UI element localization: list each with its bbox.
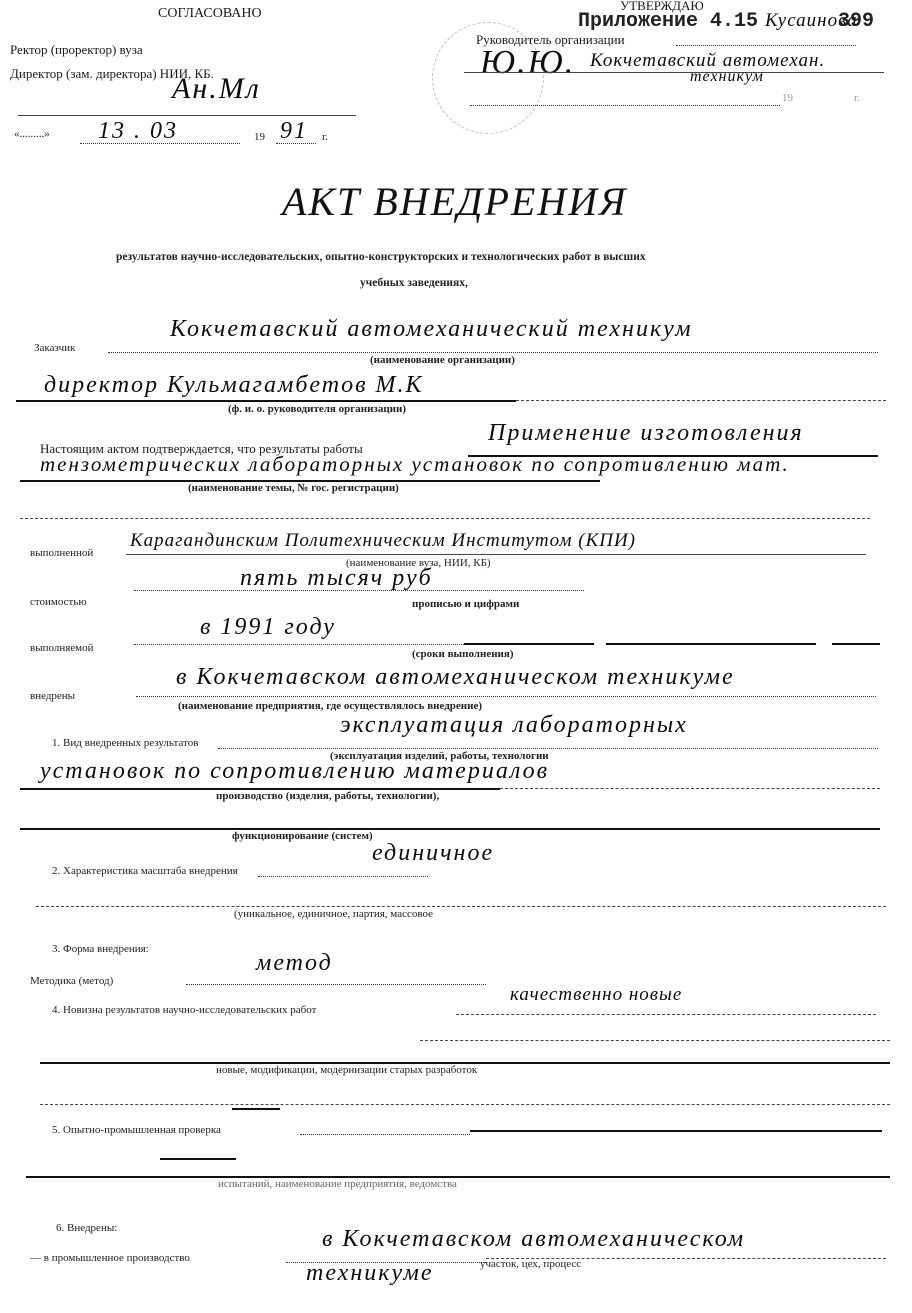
date-day-quote: «.........» bbox=[14, 128, 50, 140]
s5-line2 bbox=[26, 1176, 890, 1178]
right-year-prefix: 19 bbox=[782, 92, 793, 104]
s1-caption2: производство (изделия, работы, технологи… bbox=[216, 790, 439, 802]
cost-label: стоимостью bbox=[30, 596, 87, 608]
implemented-caption: (наименование предприятия, где осуществл… bbox=[178, 700, 482, 712]
s6-caption: участок, цех, процесс bbox=[480, 1258, 581, 1270]
term-line-solid3 bbox=[832, 643, 880, 645]
s2-caption: (уникальное, единичное, партия, массовое bbox=[234, 908, 433, 920]
customer-caption: (наименование организации) bbox=[370, 354, 515, 366]
term-line-solid2 bbox=[606, 643, 816, 645]
s4-label: 4. Новизна результатов научно-исследоват… bbox=[52, 1004, 316, 1016]
confirm-value-line1: Применение изготовления bbox=[488, 420, 804, 447]
customer-line bbox=[108, 352, 878, 353]
s4-line2 bbox=[420, 1040, 890, 1041]
approval-date: 13 . 03 bbox=[98, 118, 178, 145]
term-label: выполняемой bbox=[30, 642, 94, 654]
cost-caption: прописью и цифрами bbox=[412, 598, 519, 610]
s1-caption3: функционирование (систем) bbox=[232, 830, 373, 842]
signature-line bbox=[18, 115, 356, 116]
s6-value-line2: техникуме bbox=[306, 1260, 433, 1287]
s1-line2b bbox=[500, 788, 880, 789]
customer-label: Заказчик bbox=[34, 342, 75, 354]
org-handwritten-line2: техникум bbox=[690, 68, 764, 86]
s6-label: 6. Внедрены: bbox=[56, 1222, 117, 1234]
performed-line bbox=[126, 554, 866, 555]
appendix-stamp: Приложение 4.15 bbox=[578, 10, 758, 33]
s3-label: 3. Форма внедрения: bbox=[52, 943, 149, 955]
rector-label: Ректор (проректор) вуза bbox=[10, 42, 143, 58]
s4-caption: новые, модификации, модернизации старых … bbox=[216, 1064, 477, 1076]
s3-method-value: метод bbox=[256, 950, 333, 977]
s5-line-dotted bbox=[300, 1134, 470, 1135]
head-line-solid bbox=[16, 400, 516, 402]
s5-line-solid bbox=[470, 1130, 882, 1132]
s1-line3 bbox=[20, 828, 880, 830]
year-suffix: г. bbox=[322, 131, 328, 143]
org-line bbox=[464, 72, 884, 73]
implemented-value: в Кокчетавском автомеханическом техникум… bbox=[176, 664, 735, 691]
s1-value-line1: эксплуатация лабораторных bbox=[340, 712, 688, 739]
s2-line2 bbox=[36, 906, 886, 907]
s1-label: 1. Вид внедренных результатов bbox=[52, 737, 198, 749]
s4-value: качественно новые bbox=[510, 984, 682, 1006]
s3-method-line bbox=[186, 984, 486, 985]
s5-caption: испытаний, наименование предприятия, вед… bbox=[218, 1178, 457, 1190]
confirm-caption: (наименование темы, № гос. регистрации) bbox=[188, 482, 399, 494]
s5-label: 5. Опытно-промышленная проверка bbox=[52, 1124, 221, 1136]
head-value: директор Кульмагамбетов М.К bbox=[44, 372, 423, 399]
s6-value-line1: в Кокчетавском автомеханическом bbox=[322, 1226, 745, 1253]
head-line-dashed bbox=[516, 400, 886, 401]
s5-mark bbox=[232, 1108, 280, 1110]
s2-line bbox=[258, 876, 428, 877]
s4-line4 bbox=[40, 1104, 890, 1105]
confirm-line3 bbox=[20, 518, 870, 519]
term-caption: (сроки выполнения) bbox=[412, 648, 514, 660]
cost-value: пять тысяч руб bbox=[240, 565, 433, 592]
implemented-line bbox=[136, 696, 876, 697]
approval-label: СОГЛАСОВАНО bbox=[158, 6, 262, 22]
term-line-solid1 bbox=[464, 643, 594, 645]
implemented-label: внедрены bbox=[30, 690, 75, 702]
right-signature: Ю.Ю. bbox=[480, 44, 575, 82]
performed-label: выполненной bbox=[30, 547, 93, 559]
page-number: 399 bbox=[838, 10, 874, 33]
right-year-suffix: г. bbox=[854, 92, 860, 104]
s5-mark2 bbox=[160, 1158, 236, 1160]
s2-value: единичное bbox=[372, 840, 494, 867]
left-signature: Ан.Мл bbox=[172, 72, 261, 106]
approval-year: 91 bbox=[280, 118, 308, 145]
customer-value: Кокчетавский автомеханический техникум bbox=[170, 316, 693, 343]
s3-method-label: Методика (метод) bbox=[30, 975, 113, 987]
s1-value-line2: установок по сопротивлению материалов bbox=[40, 758, 549, 785]
subtitle-line2: учебных заведениях, bbox=[360, 277, 468, 289]
s4-line bbox=[456, 1014, 876, 1015]
head-caption: (ф. и. о. руководителя организации) bbox=[228, 403, 406, 415]
s1-line1 bbox=[218, 748, 878, 749]
performed-value: Карагандинским Политехническим Институто… bbox=[130, 530, 636, 552]
term-line-dotted bbox=[134, 644, 464, 645]
head-line bbox=[676, 45, 856, 46]
confirm-value-line2: тензометрических лабораторных установок … bbox=[40, 452, 790, 477]
subtitle-line1: результатов научно-исследовательских, оп… bbox=[116, 251, 646, 263]
right-date-line bbox=[470, 105, 780, 106]
s6-sub-label: — в промышленное производство bbox=[30, 1252, 190, 1264]
s2-label: 2. Характеристика масштаба внедрения bbox=[52, 865, 238, 877]
document-title: АКТ ВНЕДРЕНИЯ bbox=[282, 178, 627, 225]
year-prefix: 19 bbox=[254, 131, 265, 143]
term-value: в 1991 году bbox=[200, 614, 336, 641]
